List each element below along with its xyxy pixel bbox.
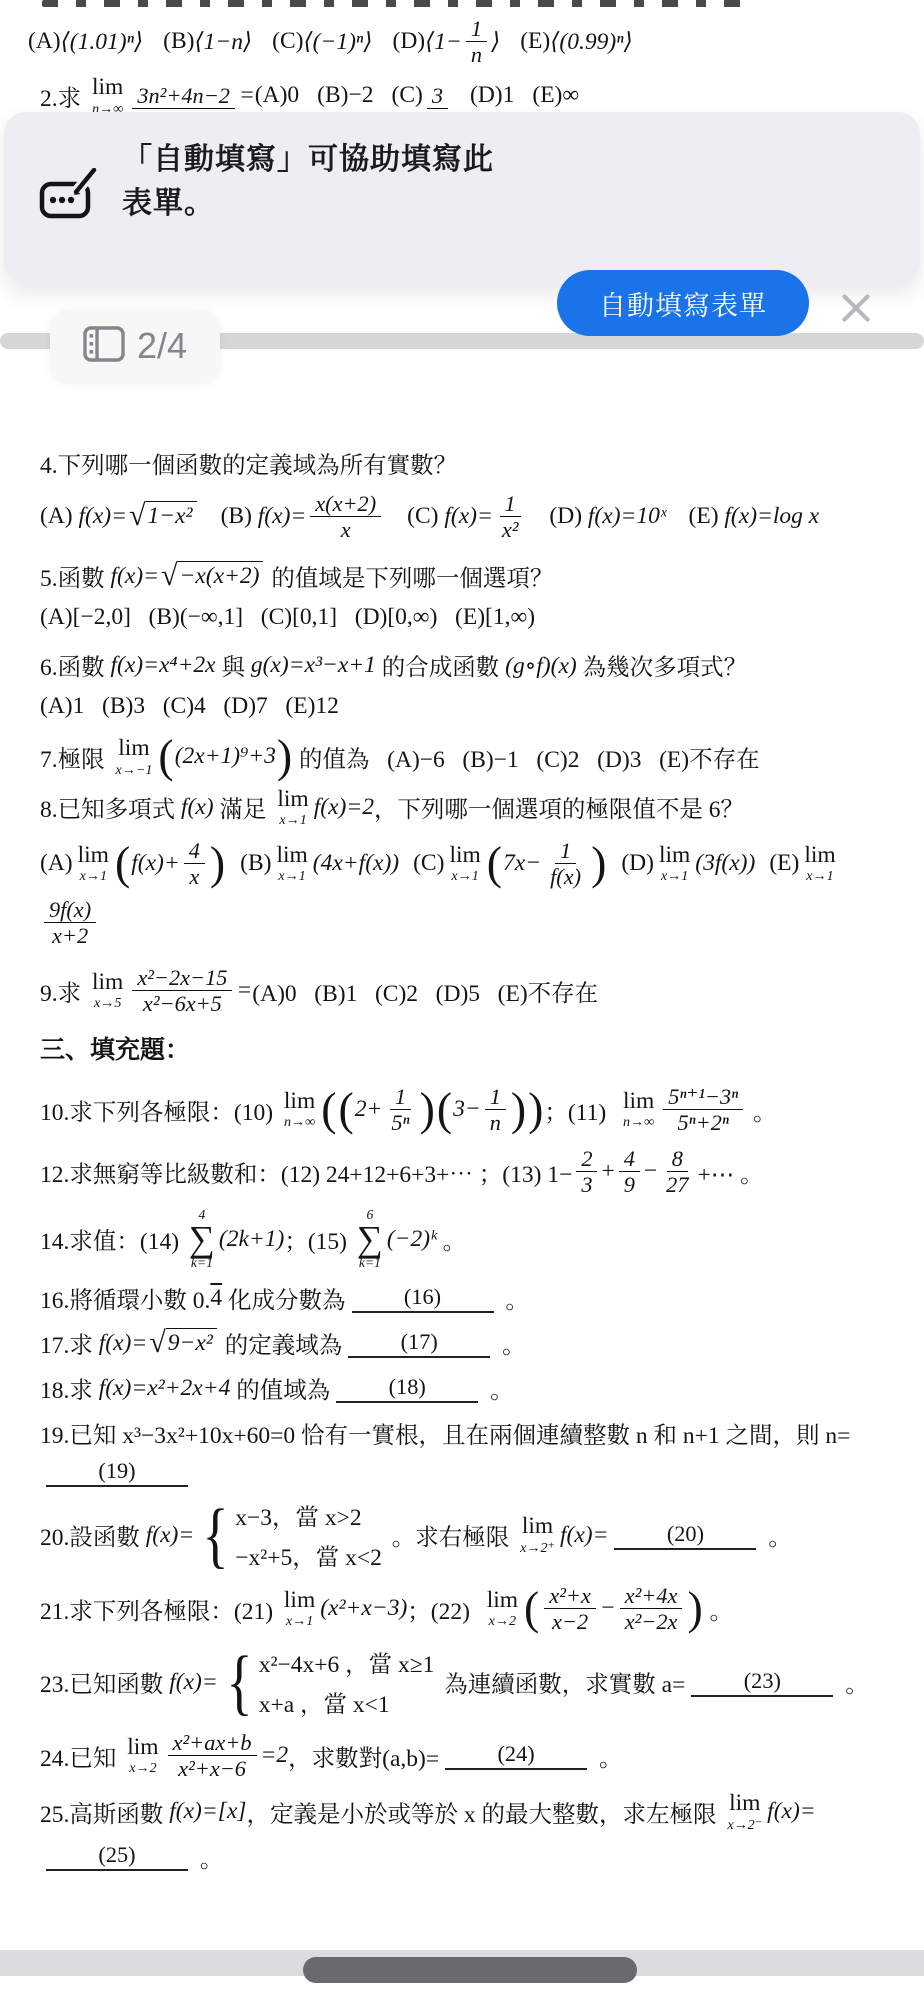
question-line-5: 6.函數 f(x)=x⁴+2x 與 g(x)=x³−x+1 的合成函數 (g∘f…: [40, 648, 894, 682]
autofill-banner: 「自動填寫」可協助填寫此 表單。 自動填寫表單: [4, 112, 920, 284]
question2-line: 2.求 limn→∞3n²+4n−2 =(A)0(B)−2(C)3 (D)1(E…: [40, 76, 579, 116]
question-line-18: 19.已知 x³−3x²+10x+60=0 恰有一實根，且在兩個連續整數 n 和…: [40, 1416, 894, 1487]
question-line-16: 17.求 f(x)=√9−x² 的定義域為(17) 。: [40, 1326, 894, 1360]
question1-options-line: (A)⟨(1.01)ⁿ⟩(B)⟨1−n⟩(C)⟨(−1)ⁿ⟩(D)⟨1−1n⟩(…: [28, 16, 633, 67]
question-line-17: 18.求 f(x)=x²+2x+4 的值域為(18) 。: [40, 1371, 894, 1405]
question-line-20: 21.求下列各極限：(21) limx→1(x²+x−3)；(22) limx→…: [40, 1583, 894, 1634]
question-line-21: 23.已知函數 f(x)={x²−4x+6 ，當 x≥1x+a ，當 x<1 為…: [40, 1645, 894, 1719]
pages-icon: [83, 326, 125, 367]
autofill-message-line1: 「自動填寫」可協助填寫此: [122, 138, 562, 182]
question-line-14: 14.求值：(14) 4∑k=1(2k+1)；(15) 6∑k=1(−2)ᵏ 。: [40, 1208, 894, 1270]
question-line-10: 9.求 limx→5x²−2x−15x²−6x+5=(A)0 (B)1 (C)2…: [40, 965, 894, 1016]
pdf-document-page: 4.下列哪一個函數的定義域為所有實數？(A) f(x)=√1−x²(B) f(x…: [40, 446, 894, 1885]
close-icon[interactable]: [834, 286, 878, 330]
question-line-3: 5.函數 f(x)=√−x(x+2) 的值域是下列哪一個選項？: [40, 559, 894, 593]
autofill-form-button[interactable]: 自動填寫表單: [557, 270, 809, 336]
autofill-message-line2: 表單。: [122, 182, 562, 226]
question-line-4: (A)[−2,0] (B)(−∞,1] (C)[0,1] (D)[0,∞) (E…: [40, 604, 894, 631]
autofill-message: 「自動填寫」可協助填寫此 表單。: [122, 138, 562, 226]
question-line-23: 25.高斯函數 f(x)=[x]，定義是小於或等於 x 的最大整數，求左極限 l…: [40, 1792, 894, 1874]
question-line-19: 20.設函數 f(x)={x−3，當 x>2−x²+5，當 x<2 。求右極限 …: [40, 1498, 894, 1572]
question-line-8: 8.已知多項式 f(x) 滿足 limx→1f(x)=2，下列哪一個選項的極限值…: [40, 788, 894, 828]
page-indicator[interactable]: 2/4: [50, 310, 220, 382]
question-line-7: 7.極限 limx→−1((2x+1)⁹+3) 的值為 (A)−6 (B)−1 …: [40, 737, 894, 777]
question-line-1: 4.下列哪一個函數的定義域為所有實數？: [40, 446, 894, 480]
question-line-15: 16.將循環小數 0.4 化成分數為(16) 。: [40, 1281, 894, 1315]
question-line-11: 三、填充題：: [40, 1030, 894, 1066]
question-line-2: (A) f(x)=√1−x²(B) f(x)=x(x+2)x(C) f(x)=1…: [40, 491, 894, 542]
question-line-22: 24.已知 limx→2x²+ax+bx²+x−6=2，求數對(a,b)=(24…: [40, 1730, 894, 1781]
question-line-13: 12.求無窮等比級數和：(12) 24+12+6+3+⋯ ；(13) 1−23+…: [40, 1146, 894, 1197]
scrollbar-thumb[interactable]: [303, 1957, 637, 1983]
question-line-12: 10.求下列各極限：(10) limn→∞((2+15ⁿ)(3−1n))；(11…: [40, 1084, 894, 1135]
page-indicator-label: 2/4: [137, 325, 187, 367]
question-line-6: (A)1 (B)3 (C)4 (D)7 (E)12: [40, 693, 894, 720]
autofill-icon: [38, 168, 100, 229]
question-line-9: (A)limx→1(f(x)+4x)(B)limx→1(4x+f(x))(C)l…: [40, 838, 894, 948]
clipped-text-line: [42, 0, 742, 7]
